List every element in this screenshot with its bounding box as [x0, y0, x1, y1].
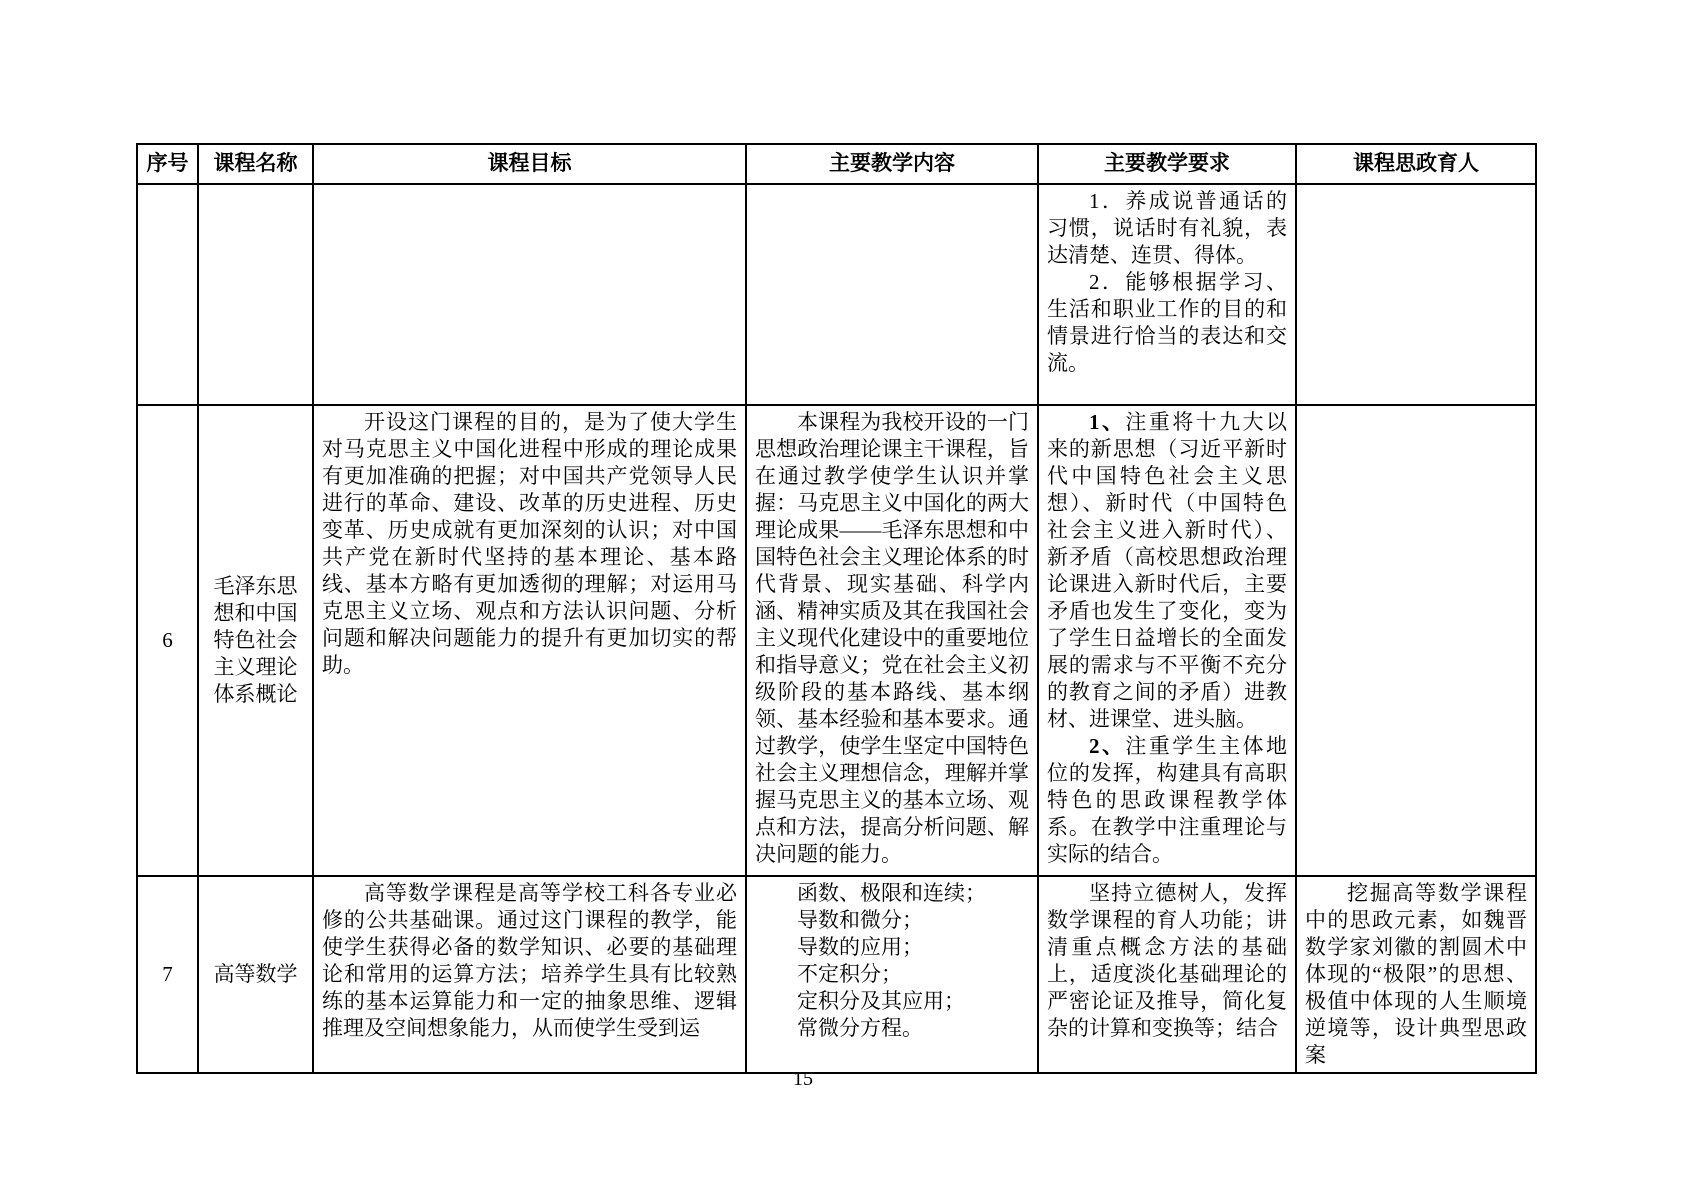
table-row-6: 6 毛泽东思想和中国特色社会主义理论体系概论 开设这门课程的目的，是为了使大学生…: [137, 405, 1536, 876]
table-row-7: 7 高等数学 高等数学课程是高等学校工科各专业必修的公共基础课。通过这门课程的教…: [137, 876, 1536, 1073]
seq-cell: 7: [137, 876, 198, 1073]
ideology-paragraph: 挖掘高等数学课程中的思政元素，如魏晋数学家刘徽的割圆术中体现的“极限”的思想、极…: [1305, 880, 1527, 1069]
content-item: 导数和微分；: [755, 907, 1029, 934]
teaching-content-cell: 本课程为我校开设的一门思想政治理论课主干课程，旨在通过教学使学生认识并掌握：马克…: [746, 405, 1038, 876]
ideology-cell: [1296, 184, 1536, 405]
objectives-cell: 高等数学课程是高等学校工科各专业必修的公共基础课。通过这门课程的教学，能使学生获…: [313, 876, 746, 1073]
course-plan-table: 序号 课程名称 课程目标 主要教学内容 主要教学要求 课程思政育人 1．养成说普…: [136, 143, 1537, 1074]
content-item: 导数的应用；: [755, 934, 1029, 961]
course-name-cell: [198, 184, 313, 405]
column-header-ideology: 课程思政育人: [1296, 144, 1536, 184]
column-header-teaching-requirements: 主要教学要求: [1038, 144, 1296, 184]
requirement-text: 注重将十九大以来的新思想（习近平新时代中国特色社会主义思想）、新时代（中国特色社…: [1047, 410, 1287, 731]
content-paragraph: 本课程为我校开设的一门思想政治理论课主干课程，旨在通过教学使学生认识并掌握：马克…: [755, 409, 1029, 868]
column-header-teaching-content: 主要教学内容: [746, 144, 1038, 184]
requirement-number: 1、: [1089, 410, 1125, 434]
teaching-requirements-cell: 1．养成说普通话的习惯，说话时有礼貌，表达清楚、连贯、得体。 2．能够根据学习、…: [1038, 184, 1296, 405]
column-header-seq: 序号: [137, 144, 198, 184]
seq-cell: 6: [137, 405, 198, 876]
objectives-cell: [313, 184, 746, 405]
requirement-paragraph: 1、注重将十九大以来的新思想（习近平新时代中国特色社会主义思想）、新时代（中国特…: [1047, 409, 1287, 733]
content-item: 定积分及其应用；: [755, 988, 1029, 1015]
objectives-paragraph: 开设这门课程的目的，是为了使大学生对马克思主义中国化进程中形成的理论成果有更加准…: [322, 409, 737, 679]
page-number: 15: [793, 1068, 813, 1091]
content-item: 常微分方程。: [755, 1015, 1029, 1042]
requirement-number: 2、: [1089, 734, 1125, 758]
content-item: 不定积分；: [755, 961, 1029, 988]
course-name-cell: 高等数学: [198, 876, 313, 1073]
requirement-paragraph: 2．能够根据学习、生活和职业工作的目的和情景进行恰当的表达和交流。: [1047, 269, 1287, 377]
teaching-content-cell: [746, 184, 1038, 405]
requirement-paragraph: 坚持立德树人，发挥数学课程的育人功能；讲清重点概念方法的基础上，适度淡化基础理论…: [1047, 880, 1287, 1042]
teaching-requirements-cell: 坚持立德树人，发挥数学课程的育人功能；讲清重点概念方法的基础上，适度淡化基础理论…: [1038, 876, 1296, 1073]
ideology-cell: [1296, 405, 1536, 876]
column-header-course-name: 课程名称: [198, 144, 313, 184]
ideology-cell: 挖掘高等数学课程中的思政元素，如魏晋数学家刘徽的割圆术中体现的“极限”的思想、极…: [1296, 876, 1536, 1073]
requirement-text: 注重学生主体地位的发挥，构建具有高职特色的思政课程教学体系。在教学中注重理论与实…: [1047, 734, 1287, 866]
document-page: { "page": { "number": "15" }, "table": {…: [0, 0, 1684, 1191]
course-name-cell: 毛泽东思想和中国特色社会主义理论体系概论: [198, 405, 313, 876]
column-header-objectives: 课程目标: [313, 144, 746, 184]
objectives-cell: 开设这门课程的目的，是为了使大学生对马克思主义中国化进程中形成的理论成果有更加准…: [313, 405, 746, 876]
seq-cell: [137, 184, 198, 405]
requirement-paragraph: 1．养成说普通话的习惯，说话时有礼貌，表达清楚、连贯、得体。: [1047, 188, 1287, 269]
objectives-paragraph: 高等数学课程是高等学校工科各专业必修的公共基础课。通过这门课程的教学，能使学生获…: [322, 880, 737, 1042]
table-header-row: 序号 课程名称 课程目标 主要教学内容 主要教学要求 课程思政育人: [137, 144, 1536, 184]
table-row-continuation: 1．养成说普通话的习惯，说话时有礼貌，表达清楚、连贯、得体。 2．能够根据学习、…: [137, 184, 1536, 405]
content-item: 函数、极限和连续；: [755, 880, 1029, 907]
teaching-content-cell: 函数、极限和连续； 导数和微分； 导数的应用； 不定积分； 定积分及其应用； 常…: [746, 876, 1038, 1073]
requirement-paragraph: 2、注重学生主体地位的发挥，构建具有高职特色的思政课程教学体系。在教学中注重理论…: [1047, 733, 1287, 868]
teaching-requirements-cell: 1、注重将十九大以来的新思想（习近平新时代中国特色社会主义思想）、新时代（中国特…: [1038, 405, 1296, 876]
